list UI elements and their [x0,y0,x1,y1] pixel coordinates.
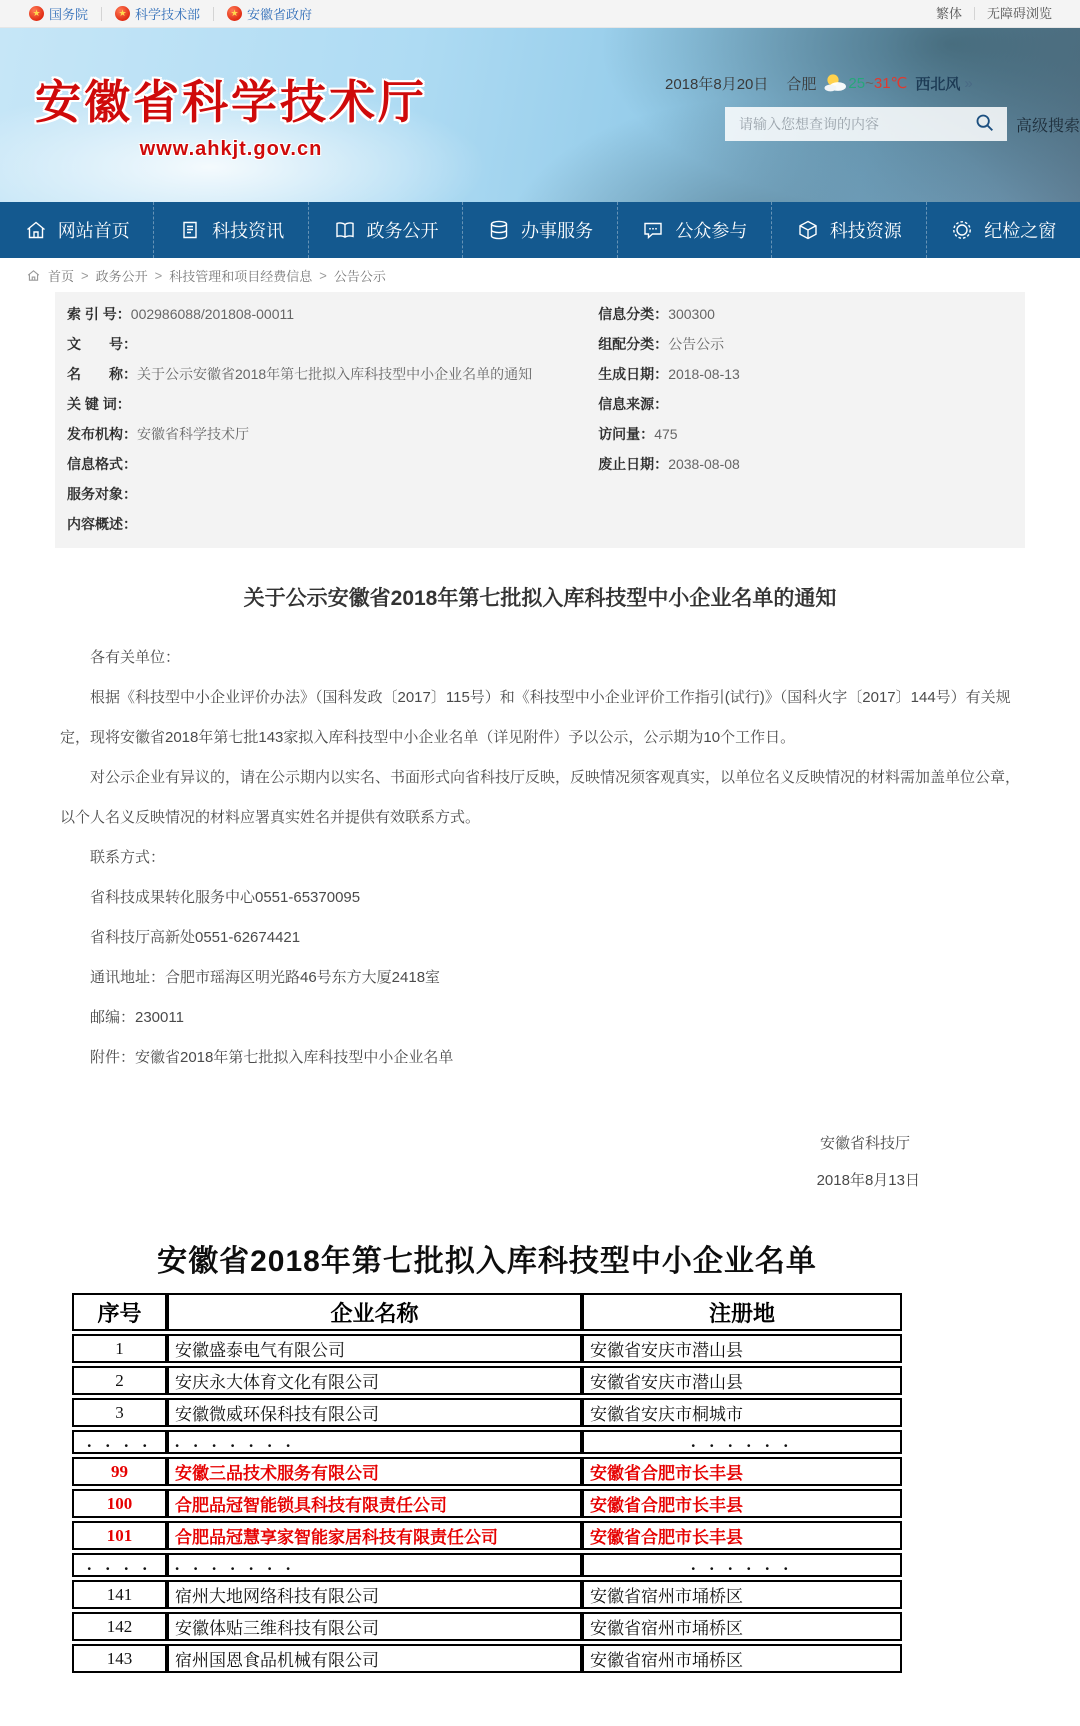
nav-item-tech-news[interactable]: 科技资讯 [154,202,308,258]
chat-bubble-icon [641,218,665,242]
breadcrumb-gov-info[interactable]: 政务公开 [96,266,148,285]
temp-high: 31℃ [874,74,908,92]
document-meta-panel: 索 引 号：002986088/201808-00011 文 号： 名 称：关于… [55,292,1025,548]
meta-value: 300300 [668,306,715,322]
article-paragraph: 通讯地址：合肥市瑶海区明光路46号东方大厦2418室 [60,958,1020,998]
meta-field-created-date: 生成日期：2018-08-13 [598,359,1025,389]
cell-serial: 2 [72,1366,167,1395]
cell-company: 安徽体贴三维科技有限公司 [167,1612,582,1641]
meta-label: 信息格式： [67,456,137,472]
cell-location: 安徽省安庆市潜山县 [582,1334,902,1363]
cell-serial: . . . . [72,1553,167,1577]
meta-field-doc-no: 文 号： [67,329,598,359]
national-emblem-icon: ★ [115,6,130,21]
cube-icon [796,218,820,242]
meta-value: 安徽省科学技术厅 [137,426,249,442]
nav-label: 政务公开 [367,217,439,243]
topbar-link-kexuejishubu[interactable]: ★ 科学技术部 [102,7,214,21]
current-date: 2018年8月20日 [665,73,768,94]
breadcrumb-home[interactable]: 首页 [48,266,74,285]
table-header-row: 序号 企业名称 注册地 [72,1293,902,1331]
topbar-link-label: 科学技术部 [135,4,200,23]
article-paragraph: 省科技成果转化服务中心0551-65370095 [60,878,1020,918]
meta-field-format: 信息格式： [67,449,598,479]
nav-label: 科技资源 [830,217,902,243]
table-row: 141 宿州大地网络科技有限公司 安徽省宿州市埇桥区 [72,1580,902,1609]
open-book-icon [333,218,357,242]
topbar-link-label: 安徽省政府 [247,4,312,23]
meta-label: 组配分类： [598,336,668,352]
article-paragraph: 对公示企业有异议的，请在公示期内以实名、书面形式向省科技厅反映，反映情况须客观真… [60,758,1020,838]
cell-serial: 101 [72,1521,167,1550]
cell-serial: 143 [72,1644,167,1673]
meta-label: 文 号： [67,336,137,352]
page: ★ 国务院 ★ 科学技术部 ★ 安徽省政府 繁体 无障碍浏览 安徽省科学技术厅 … [0,0,1080,1726]
meta-right-column: 信息分类：300300 组配分类：公告公示 生成日期：2018-08-13 信息… [598,299,1025,539]
cell-company: 宿州大地网络科技有限公司 [167,1580,582,1609]
advanced-search-link[interactable]: 高级搜索 [1016,113,1080,136]
article-paragraph: 根据《科技型中小企业评价办法》（国科发政〔2017〕115号）和《科技型中小企业… [60,678,1020,758]
meta-field-publisher: 发布机构：安徽省科学技术厅 [67,419,598,449]
sun-cloud-icon [822,72,848,94]
nav-label: 科技资讯 [212,217,284,243]
breadcrumb: 首页 > 政务公开 > 科技管理和项目经费信息 > 公告公示 [0,258,1080,292]
accessibility-link[interactable]: 无障碍浏览 [975,7,1064,20]
meta-label: 访问量： [598,426,654,442]
wind-label: 西北风 [915,73,960,94]
cell-location: 安徽省宿州市埇桥区 [582,1612,902,1641]
cell-company: . . . . . . . [167,1553,582,1577]
topbar-link-anhuishengzhengfu[interactable]: ★ 安徽省政府 [214,7,325,21]
col-header-serial: 序号 [72,1293,167,1331]
meta-label: 生成日期： [598,366,668,382]
table-row-highlighted: 99 安徽三品技术服务有限公司 安徽省合肥市长丰县 [72,1457,902,1486]
meta-left-column: 索 引 号：002986088/201808-00011 文 号： 名 称：关于… [55,299,598,539]
meta-value: 2038-08-08 [668,456,740,472]
meta-label: 信息来源： [598,396,668,412]
col-header-location: 注册地 [582,1293,902,1331]
cell-serial: 99 [72,1457,167,1486]
main-nav: 网站首页 科技资讯 政务公开 办事服务 [0,202,1080,258]
nav-label: 公众参与 [675,217,747,243]
table-row-ellipsis: . . . . . . . . . . . . . . . . . [72,1553,902,1577]
cell-serial: 142 [72,1612,167,1641]
cell-company: 安庆永大体育文化有限公司 [167,1366,582,1395]
meta-field-audience: 服务对象： [67,479,598,509]
nav-item-home[interactable]: 网站首页 [0,202,154,258]
cell-location: . . . . . . [582,1430,902,1454]
meta-value: 公告公示 [668,336,724,352]
nav-item-public-participation[interactable]: 公众参与 [618,202,772,258]
table-row: 2 安庆永大体育文化有限公司 安徽省安庆市潜山县 [72,1366,902,1395]
cell-location: . . . . . . [582,1553,902,1577]
search-input[interactable] [737,115,971,133]
meta-field-summary: 内容概述： [67,509,598,539]
cell-company: 宿州国恩食品机械有限公司 [167,1644,582,1673]
article-paragraph: 省科技厅高新处0551-62674421 [60,918,1020,958]
breadcrumb-separator: > [155,268,163,283]
cell-company: 安徽微威环保科技有限公司 [167,1398,582,1427]
breadcrumb-separator: > [81,268,89,283]
cell-location: 安徽省宿州市埇桥区 [582,1580,902,1609]
article-paragraph: 联系方式： [60,838,1020,878]
signature-date: 2018年8月13日 [60,1169,1020,1190]
cell-location: 安徽省安庆市潜山县 [582,1366,902,1395]
cell-serial: 100 [72,1489,167,1518]
breadcrumb-current-announcements: 公告公示 [334,266,386,285]
search-button[interactable] [971,110,999,138]
meta-value: 002986088/201808-00011 [131,306,294,322]
cell-location: 安徽省宿州市埇桥区 [582,1644,902,1673]
table-row: 143 宿州国恩食品机械有限公司 安徽省宿州市埇桥区 [72,1644,902,1673]
attachment-table-title: 安徽省2018年第七批拟入库科技型中小企业名单 [72,1236,902,1280]
col-header-company: 企业名称 [167,1293,582,1331]
topbar-gov-links: ★ 国务院 ★ 科学技术部 ★ 安徽省政府 [16,0,325,27]
breadcrumb-project-funds-info[interactable]: 科技管理和项目经费信息 [169,266,312,285]
cell-serial: 141 [72,1580,167,1609]
table-row-highlighted: 100 合肥品冠智能锁具科技有限责任公司 安徽省合肥市长丰县 [72,1489,902,1518]
table-row: 142 安徽体贴三维科技有限公司 安徽省宿州市埇桥区 [72,1612,902,1641]
meta-field-title: 名 称：关于公示安徽省2018年第七批拟入库科技型中小企业名单的通知 [67,359,598,389]
cell-company: 合肥品冠慧享家智能家居科技有限责任公司 [167,1521,582,1550]
meta-label: 信息分类： [598,306,668,322]
cell-serial: 1 [72,1334,167,1363]
table-row: 1 安徽盛泰电气有限公司 安徽省安庆市潜山县 [72,1334,902,1363]
meta-label: 内容概述： [67,516,137,532]
enterprise-list-table: 序号 企业名称 注册地 1 安徽盛泰电气有限公司 安徽省安庆市潜山县 2 安庆永… [72,1290,902,1676]
site-banner: 安徽省科学技术厅 www.ahkjt.gov.cn 2018年8月20日 合肥 … [0,28,1080,202]
article-paragraph: 各有关单位： [60,638,1020,678]
meta-label: 发布机构： [67,426,137,442]
meta-value: 关于公示安徽省2018年第七批拟入库科技型中小企业名单的通知 [137,366,532,382]
meta-field-group-category: 组配分类：公告公示 [598,329,1025,359]
home-icon [24,218,48,242]
search-icon [974,112,996,134]
topbar-link-guowuyuan[interactable]: ★ 国务院 [16,7,102,21]
search-area: 高级搜索 [650,107,1080,141]
meta-field-info-category: 信息分类：300300 [598,299,1025,329]
breadcrumb-separator: > [319,268,327,283]
cell-location: 安徽省合肥市长丰县 [582,1489,902,1518]
table-row-ellipsis: . . . . . . . . . . . . . . . . . [72,1430,902,1454]
meta-value: 475 [654,426,677,442]
table-row-highlighted: 101 合肥品冠慧享家智能家居科技有限责任公司 安徽省合肥市长丰县 [72,1521,902,1550]
temp-separator: ~ [865,75,874,92]
article-paragraph: 邮编：230011 [60,998,1020,1038]
article-title: 关于公示安徽省2018年第七批拟入库科技型中小企业名单的通知 [60,582,1020,612]
cell-serial: . . . . [72,1430,167,1454]
signature-org: 安徽省科技厅 [60,1132,1020,1153]
badge-icon [950,218,974,242]
nav-item-services[interactable]: 办事服务 [463,202,617,258]
meta-label: 名 称： [67,366,137,382]
cell-location: 安徽省安庆市桐城市 [582,1398,902,1427]
meta-field-expiry-date: 废止日期：2038-08-08 [598,449,1025,479]
article-body: 关于公示安徽省2018年第七批拟入库科技型中小企业名单的通知 各有关单位： 根据… [0,582,1080,1676]
top-utility-bar: ★ 国务院 ★ 科学技术部 ★ 安徽省政府 繁体 无障碍浏览 [0,0,1080,28]
banner-right-panel: 2018年8月20日 合肥 25 ~ 31℃ 西北风 » [650,72,1080,141]
meta-field-visits: 访问量：475 [598,419,1025,449]
search-box [725,107,1007,141]
site-logo[interactable]: 安徽省科学技术厅 www.ahkjt.gov.cn [35,66,427,161]
weather-more-arrow[interactable]: » [964,75,972,92]
weather-city: 合肥 [786,73,816,94]
topbar-utility-links: 繁体 无障碍浏览 [924,0,1064,27]
national-emblem-icon: ★ [29,6,44,21]
meta-field-keywords: 关 键 词： [67,389,598,419]
table-row: 3 安徽微威环保科技有限公司 安徽省安庆市桐城市 [72,1398,902,1427]
database-icon [487,218,511,242]
meta-label: 废止日期： [598,456,668,472]
cell-company: 安徽三品技术服务有限公司 [167,1457,582,1486]
meta-field-index-no: 索 引 号：002986088/201808-00011 [67,299,598,329]
meta-label: 索 引 号： [67,306,131,322]
cell-location: 安徽省合肥市长丰县 [582,1521,902,1550]
meta-value: 2018-08-13 [668,366,740,382]
nav-item-gov-info[interactable]: 政务公开 [309,202,463,258]
topbar-link-label: 国务院 [49,4,88,23]
nav-label: 纪检之窗 [984,217,1056,243]
home-icon [26,268,41,283]
temp-low: 25 [848,75,865,92]
meta-field-source: 信息来源： [598,389,1025,419]
cell-company: 合肥品冠智能锁具科技有限责任公司 [167,1489,582,1518]
news-document-icon [178,218,202,242]
meta-label: 服务对象： [67,486,137,502]
site-url: www.ahkjt.gov.cn [35,138,427,161]
nav-label: 办事服务 [521,217,593,243]
national-emblem-icon: ★ [227,6,242,21]
traditional-chinese-toggle[interactable]: 繁体 [924,7,975,20]
cell-serial: 3 [72,1398,167,1427]
site-title: 安徽省科学技术厅 [35,66,427,132]
nav-label: 网站首页 [58,217,130,243]
nav-item-tech-resources[interactable]: 科技资源 [772,202,926,258]
cell-company: 安徽盛泰电气有限公司 [167,1334,582,1363]
cell-company: . . . . . . . [167,1430,582,1454]
weather-bar: 2018年8月20日 合肥 25 ~ 31℃ 西北风 » [650,72,1080,94]
meta-label: 关 键 词： [67,396,131,412]
cell-location: 安徽省合肥市长丰县 [582,1457,902,1486]
article-attachment-line: 附件：安徽省2018年第七批拟入库科技型中小企业名单 [60,1038,1020,1078]
nav-item-discipline-inspection[interactable]: 纪检之窗 [927,202,1080,258]
